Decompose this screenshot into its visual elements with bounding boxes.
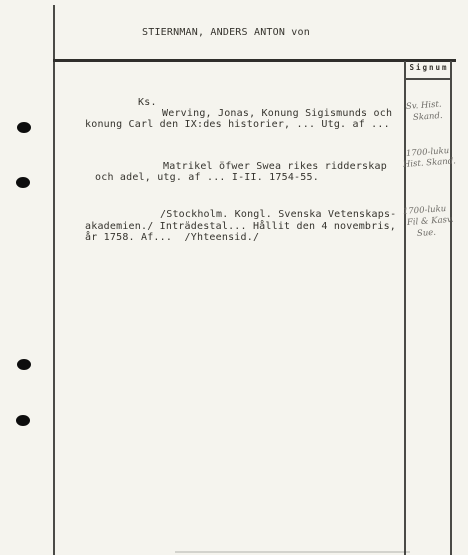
left-margin-rule: [53, 5, 55, 555]
entry1-signum-line2: Skand.: [413, 111, 443, 123]
entry1-line2: Werving, Jonas, Konung Sigismunds och: [162, 108, 392, 119]
punch-hole-icon: [17, 359, 31, 370]
entry2-line2: och adel, utg. af ... I-II. 1754-55.: [95, 172, 319, 183]
entry1-line3: konung Carl den IX:des historier, ... Ut…: [85, 119, 390, 130]
entry3-line1: /Stockholm. Kongl. Svenska Vetenskaps-: [160, 209, 396, 220]
header-rule: [53, 59, 456, 62]
signum-header-underline: [404, 78, 452, 80]
catalog-card-scan: STIERNMAN, ANDERS ANTON von Signum Ks. W…: [0, 0, 468, 555]
entry3-signum-line3: Sue.: [417, 228, 437, 239]
entry2-line1: Matrikel öfwer Swea rikes ridderskap: [163, 161, 387, 172]
entry1-signum-line1: Sv. Hist.: [406, 100, 442, 112]
entry3-signum-line2: Fil & Kasv.: [407, 215, 454, 228]
signum-column-header: Signum: [404, 63, 452, 72]
entry3-line2: akademien./ Inträdestal... Hållit den 4 …: [85, 221, 396, 232]
punch-hole-icon: [16, 415, 30, 426]
signum-column-right-border: [450, 61, 452, 555]
punch-hole-icon: [16, 177, 30, 188]
punch-hole-icon: [17, 122, 31, 133]
entry3-line3: år 1758. Af... /Yhteensid./: [85, 232, 259, 243]
signum-column-left-border: [404, 61, 406, 555]
scan-bottom-smudge: [175, 551, 410, 553]
card-heading: STIERNMAN, ANDERS ANTON von: [142, 27, 310, 38]
entry1-line1: Ks.: [138, 97, 157, 108]
